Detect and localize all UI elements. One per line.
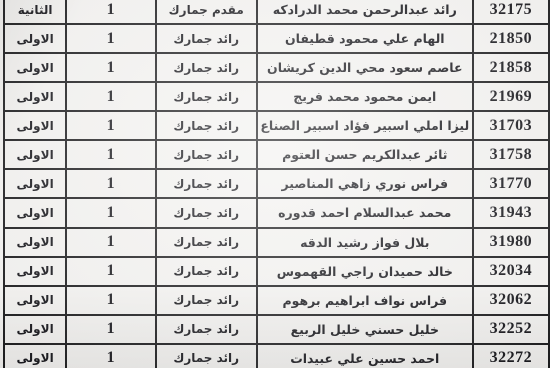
table-row: الاولى 1 رائد جمارك عاصم سعود محي الدين … — [4, 53, 549, 82]
table-row: الاولى 1 رائد جمارك خليل حسني خليل الربي… — [4, 315, 549, 344]
name-cell: فراس نواف ابراهيم برهوم — [257, 286, 473, 315]
table-row: الاولى 1 رائد جمارك محمد عبدالسلام احمد … — [4, 198, 549, 227]
class-cell: الاولى — [4, 82, 66, 111]
rank-cell: رائد جمارك — [156, 286, 257, 315]
count-cell: 1 — [66, 169, 155, 198]
class-cell: الاولى — [4, 344, 66, 368]
id-cell: 21969 — [473, 82, 549, 111]
id-cell: 32252 — [473, 315, 549, 344]
name-cell: بلال فواز رشيد الدقه — [257, 228, 473, 257]
id-cell: 21858 — [473, 53, 549, 82]
class-cell: الاولى — [4, 257, 66, 286]
rank-cell: رائد جمارك — [156, 82, 257, 111]
name-cell: الهام علي محمود قطيفان — [257, 24, 473, 53]
rank-cell: رائد جمارك — [156, 315, 257, 344]
count-cell: 1 — [66, 53, 155, 82]
rank-cell: رائد جمارك — [156, 24, 257, 53]
id-cell: 31943 — [473, 198, 549, 227]
table-row: الاولى 1 رائد جمارك احمد حسين علي عبيدات… — [4, 344, 549, 368]
count-cell: 1 — [66, 344, 155, 368]
rank-cell: رائد جمارك — [156, 257, 257, 286]
personnel-table-body: الثانية 1 مقدم جمارك رائد عبدالرحمن محمد… — [4, 0, 549, 368]
name-cell: احمد حسين علي عبيدات — [257, 344, 473, 368]
class-cell: الاولى — [4, 228, 66, 257]
name-cell: خالد حميدان راجي القهموس — [257, 257, 473, 286]
count-cell: 1 — [66, 198, 155, 227]
class-cell: الاولى — [4, 169, 66, 198]
table-row: الاولى 1 رائد جمارك ايمن محمود محمد فريج… — [4, 82, 549, 111]
class-cell: الاولى — [4, 140, 66, 169]
name-cell: عاصم سعود محي الدين كريشان — [257, 53, 473, 82]
name-cell: فراس نوري زاهي المناصير — [257, 169, 473, 198]
id-cell: 21850 — [473, 24, 549, 53]
id-cell: 32034 — [473, 257, 549, 286]
scanned-document-page: الثانية 1 مقدم جمارك رائد عبدالرحمن محمد… — [0, 0, 550, 368]
id-cell: 32175 — [473, 0, 549, 24]
name-cell: رائد عبدالرحمن محمد الدرادكه — [257, 0, 473, 24]
name-cell: خليل حسني خليل الربيع — [257, 315, 473, 344]
count-cell: 1 — [66, 82, 155, 111]
name-cell: محمد عبدالسلام احمد قدوره — [257, 198, 473, 227]
table-row: الثانية 1 مقدم جمارك رائد عبدالرحمن محمد… — [4, 0, 549, 24]
rank-cell: رائد جمارك — [156, 111, 257, 140]
id-cell: 31758 — [473, 140, 549, 169]
count-cell: 1 — [66, 24, 155, 53]
count-cell: 1 — [66, 315, 155, 344]
id-cell: 31770 — [473, 169, 549, 198]
id-cell: 32062 — [473, 286, 549, 315]
rank-cell: رائد جمارك — [156, 169, 257, 198]
class-cell: الاولى — [4, 53, 66, 82]
table-row: الاولى 1 رائد جمارك خالد حميدان راجي الق… — [4, 257, 549, 286]
rank-cell: رائد جمارك — [156, 228, 257, 257]
id-cell: 32272 — [473, 344, 549, 368]
rank-cell: رائد جمارك — [156, 198, 257, 227]
id-cell: 31703 — [473, 111, 549, 140]
table-row: الاولى 1 رائد جمارك ثائر عبدالكريم حسن ا… — [4, 140, 549, 169]
table-row: الاولى 1 رائد جمارك ليزا املي اسبير فؤاد… — [4, 111, 549, 140]
table-row: الاولى 1 رائد جمارك فراس نوري زاهي المنا… — [4, 169, 549, 198]
class-cell: الثانية — [4, 0, 66, 24]
name-cell: ليزا املي اسبير فؤاد اسبير الصناع — [257, 111, 473, 140]
table-row: الاولى 1 رائد جمارك الهام علي محمود قطيف… — [4, 24, 549, 53]
count-cell: 1 — [66, 140, 155, 169]
count-cell: 1 — [66, 0, 155, 24]
rank-cell: رائد جمارك — [156, 53, 257, 82]
name-cell: ايمن محمود محمد فريج — [257, 82, 473, 111]
table-row: الاولى 1 رائد جمارك فراس نواف ابراهيم بر… — [4, 286, 549, 315]
name-cell: ثائر عبدالكريم حسن العتوم — [257, 140, 473, 169]
count-cell: 1 — [66, 111, 155, 140]
rank-cell: مقدم جمارك — [156, 0, 257, 24]
personnel-table: الثانية 1 مقدم جمارك رائد عبدالرحمن محمد… — [3, 0, 550, 368]
id-cell: 31980 — [473, 228, 549, 257]
count-cell: 1 — [66, 286, 155, 315]
count-cell: 1 — [66, 257, 155, 286]
class-cell: الاولى — [4, 286, 66, 315]
class-cell: الاولى — [4, 111, 66, 140]
rank-cell: رائد جمارك — [156, 140, 257, 169]
count-cell: 1 — [66, 228, 155, 257]
class-cell: الاولى — [4, 315, 66, 344]
class-cell: الاولى — [4, 24, 66, 53]
rank-cell: رائد جمارك — [156, 344, 257, 368]
table-row: الاولى 1 رائد جمارك بلال فواز رشيد الدقه… — [4, 228, 549, 257]
class-cell: الاولى — [4, 198, 66, 227]
